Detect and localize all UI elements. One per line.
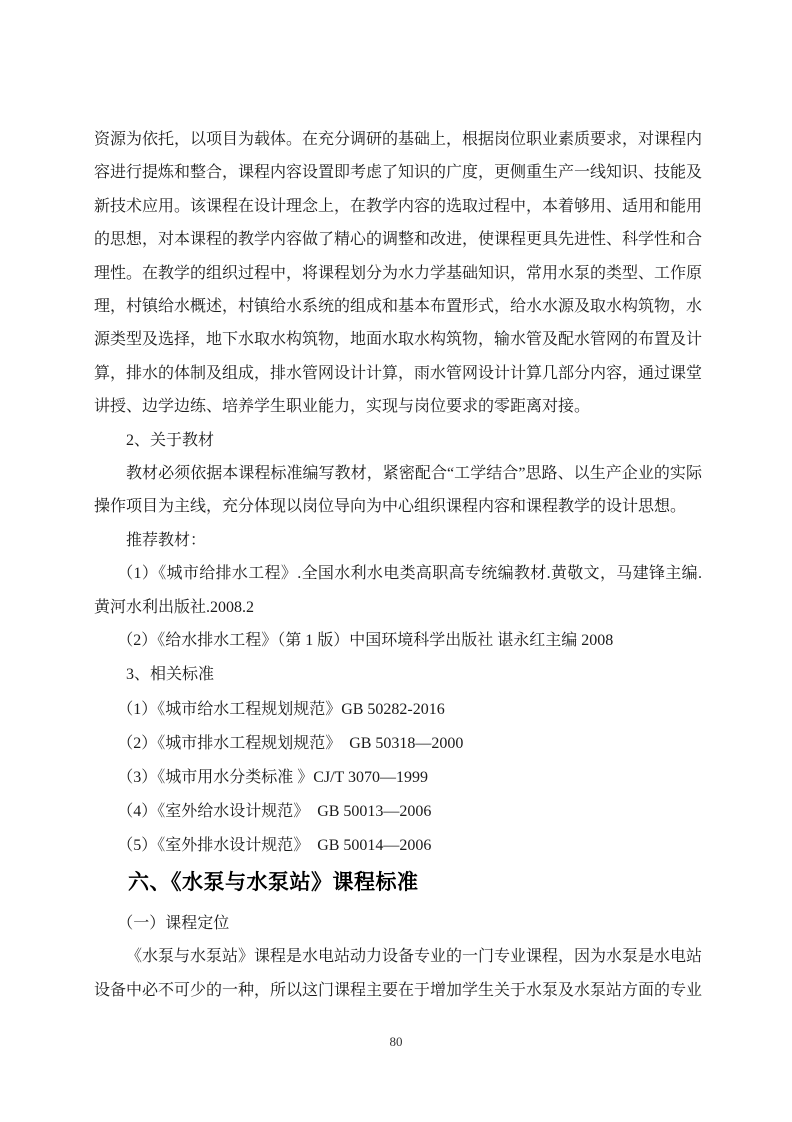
related-standards-list: （1）《城市给水工程规划规范》GB 50282-2016 （2）《城市排水工程规…: [94, 693, 702, 863]
textbook-item-1: （1）《城市给排水工程》.全国水利水电类高职高专统编教材.黄敬文，马建锋主编.黄…: [94, 557, 702, 624]
standard-item-2: （2）《城市排水工程规划规范》 GB 50318—2000: [94, 727, 702, 761]
item-heading-related-standards: 3、相关标准: [94, 658, 702, 691]
textbook-item-2: （2）《给水排水工程》（第 1 版）中国环境科学出版社 谌永红主编 2008: [94, 624, 702, 657]
chapter-heading: 六、《水泵与水泵站》课程标准: [94, 863, 702, 903]
standard-item-1: （1）《城市给水工程规划规范》GB 50282-2016: [94, 693, 702, 727]
standard-item-4: （4）《室外给水设计规范》 GB 50013—2006: [94, 795, 702, 829]
standard-item-5: （5）《室外排水设计规范》 GB 50014—2006: [94, 829, 702, 863]
paragraph-course-design: 资源为依托，以项目为载体。在充分调研的基础上，根据岗位职业素质要求，对课程内容进…: [94, 123, 702, 424]
document-page: 资源为依托，以项目为载体。在充分调研的基础上，根据岗位职业素质要求，对课程内容进…: [0, 0, 792, 1122]
page-number: 80: [0, 1033, 792, 1051]
paragraph-textbook-requirement: 教材必须依据本课程标准编写教材，紧密配合“工学结合”思路、以生产企业的实际操作项…: [94, 457, 702, 524]
standard-item-3: （3）《城市用水分类标准 》CJ/T 3070—1999: [94, 761, 702, 795]
item-heading-about-textbook: 2、关于教材: [94, 424, 702, 457]
label-recommended-textbooks: 推荐教材：: [94, 524, 702, 557]
paragraph-course-positioning: 《水泵与水泵站》课程是水电站动力设备专业的一门专业课程，因为水泵是水电站设备中必…: [94, 940, 702, 1007]
subsection-heading-course-positioning: （一）课程定位: [94, 907, 702, 940]
page-content: 资源为依托，以项目为载体。在充分调研的基础上，根据岗位职业素质要求，对课程内容进…: [94, 123, 702, 1007]
